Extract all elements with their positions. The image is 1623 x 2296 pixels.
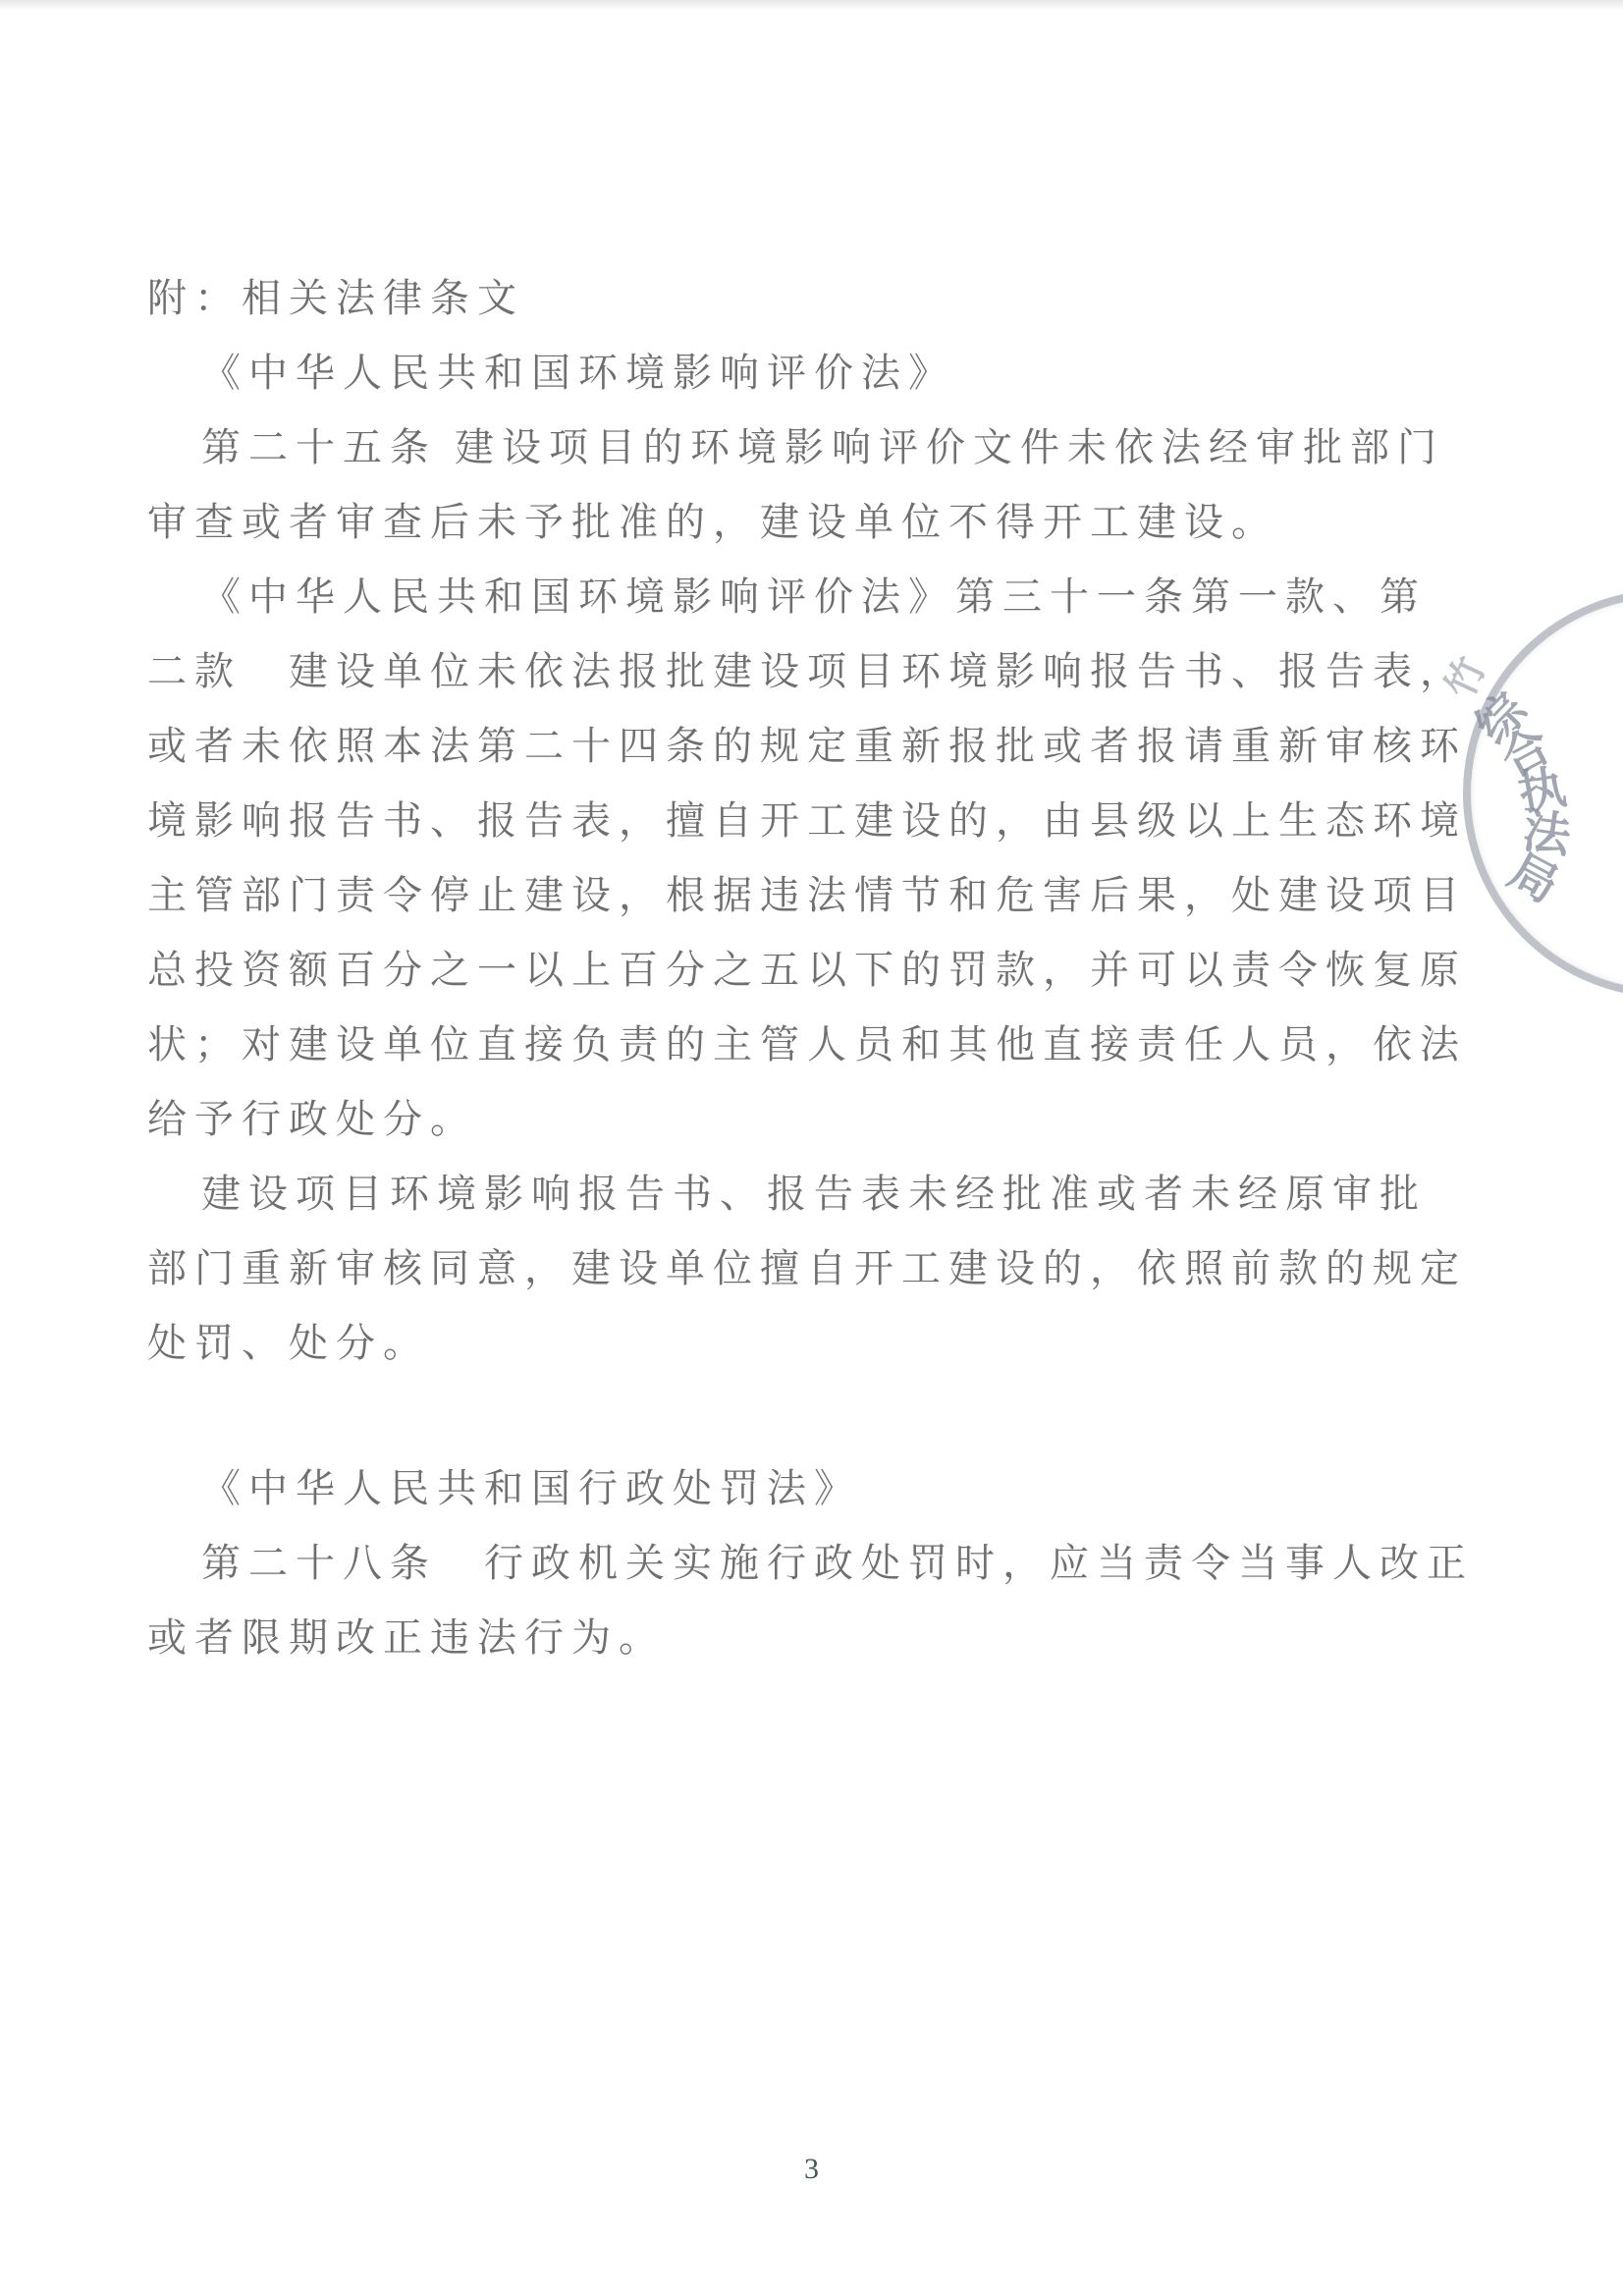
text-line: 二款 建设单位未依法报批建设项目环境影响报告书、报告表， (147, 634, 1522, 709)
scan-artifact (0, 0, 1623, 10)
text-line: 附：相关法律条文 (147, 261, 1522, 336)
text-line: 境影响报告书、报告表，擅自开工建设的，由县级以上生态环境 (147, 784, 1522, 858)
text-line: 建设项目环境影响报告书、报告表未经批准或者未经原审批 (147, 1157, 1522, 1231)
stamp-character: 法 (1519, 793, 1575, 866)
text-line: 总投资额百分之一以上百分之五以下的罚款，并可以责令恢复原 (147, 933, 1522, 1008)
text-line: 主管部门责令停止建设，根据违法情节和危害后果，处建设项目 (147, 858, 1522, 933)
document-page: 附：相关法律条文《中华人民共和国环境影响评价法》第二十五条 建设项目的环境影响评… (0, 0, 1623, 2296)
text-line: 或者未依照本法第二十四条的规定重新报批或者报请重新审核环 (147, 709, 1522, 784)
text-line: 第二十八条 行政机关实施行政处罚时，应当责令当事人改正 (147, 1526, 1522, 1601)
text-line: 状；对建设单位直接负责的主管人员和其他直接责任人员，依法 (147, 1008, 1522, 1082)
text-line: 第二十五条 建设项目的环境影响评价文件未依法经审批部门 (147, 410, 1522, 485)
text-line: 或者限期改正违法行为。 (147, 1601, 1522, 1675)
text-line: 《中华人民共和国环境影响评价法》第三十一条第一款、第 (147, 560, 1522, 634)
legal-text-block: 附：相关法律条文《中华人民共和国环境影响评价法》第二十五条 建设项目的环境影响评… (147, 261, 1522, 1675)
text-line: 给予行政处分。 (147, 1082, 1522, 1157)
text-line (147, 1381, 1522, 1451)
page-number: 3 (0, 2153, 1623, 2186)
text-line: 《中华人民共和国环境影响评价法》 (147, 336, 1522, 410)
text-line: 《中华人民共和国行政处罚法》 (147, 1451, 1522, 1526)
text-line: 审查或者审查后未予批准的，建设单位不得开工建设。 (147, 485, 1522, 560)
text-line: 部门重新审核同意，建设单位擅自开工建设的，依照前款的规定 (147, 1231, 1522, 1306)
text-line: 处罚、处分。 (147, 1306, 1522, 1381)
